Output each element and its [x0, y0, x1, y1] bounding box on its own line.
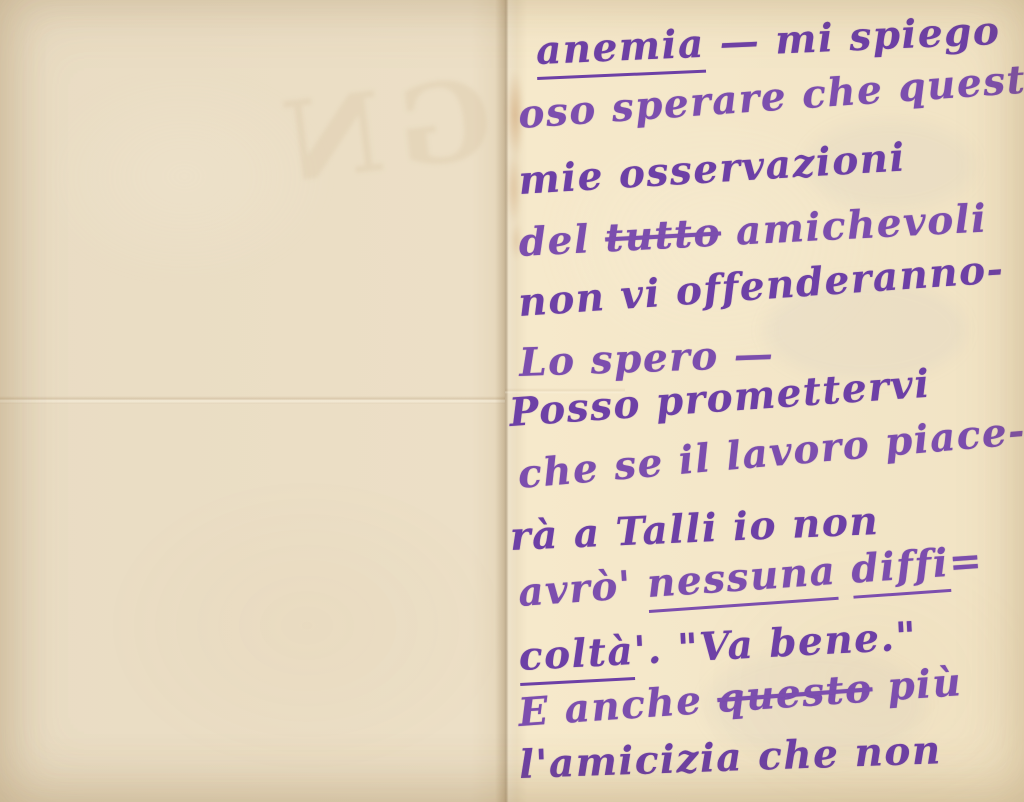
word-segment: coltà	[518, 628, 636, 686]
handwritten-page: anemia — mi spiegooso sperare che queste…	[505, 0, 1024, 802]
handwriting-line: l'amicizia che non	[518, 727, 942, 788]
horizontal-fold-crease	[0, 396, 505, 404]
blank-verso-page: GN	[0, 0, 505, 802]
word-segment: nessuna	[645, 548, 838, 613]
word-segment: anemia	[535, 21, 706, 80]
word-segment: più	[871, 659, 964, 711]
word-segment: mie osservazioni	[517, 134, 907, 204]
word-segment: tutto	[604, 209, 722, 261]
word-segment: del	[518, 216, 607, 266]
word-segment: l'amicizia che non	[518, 727, 942, 788]
word-segment: diffi	[850, 540, 951, 599]
word-segment: E anche	[517, 676, 719, 736]
word-segment: amichevoli	[720, 196, 989, 256]
letter-text: anemia — mi spiegooso sperare che queste…	[505, 0, 1024, 802]
letter-scan: GN anemia — mi spiegooso sperare che que…	[0, 0, 1024, 802]
word-segment: avrò'	[517, 561, 649, 616]
word-segment: =	[947, 538, 984, 586]
watermark-showthrough: GN	[205, 54, 505, 267]
word-segment: — mi spiego	[704, 8, 1002, 67]
handwriting-line: mie osservazioni	[517, 134, 907, 204]
word-segment: questo	[716, 665, 874, 722]
